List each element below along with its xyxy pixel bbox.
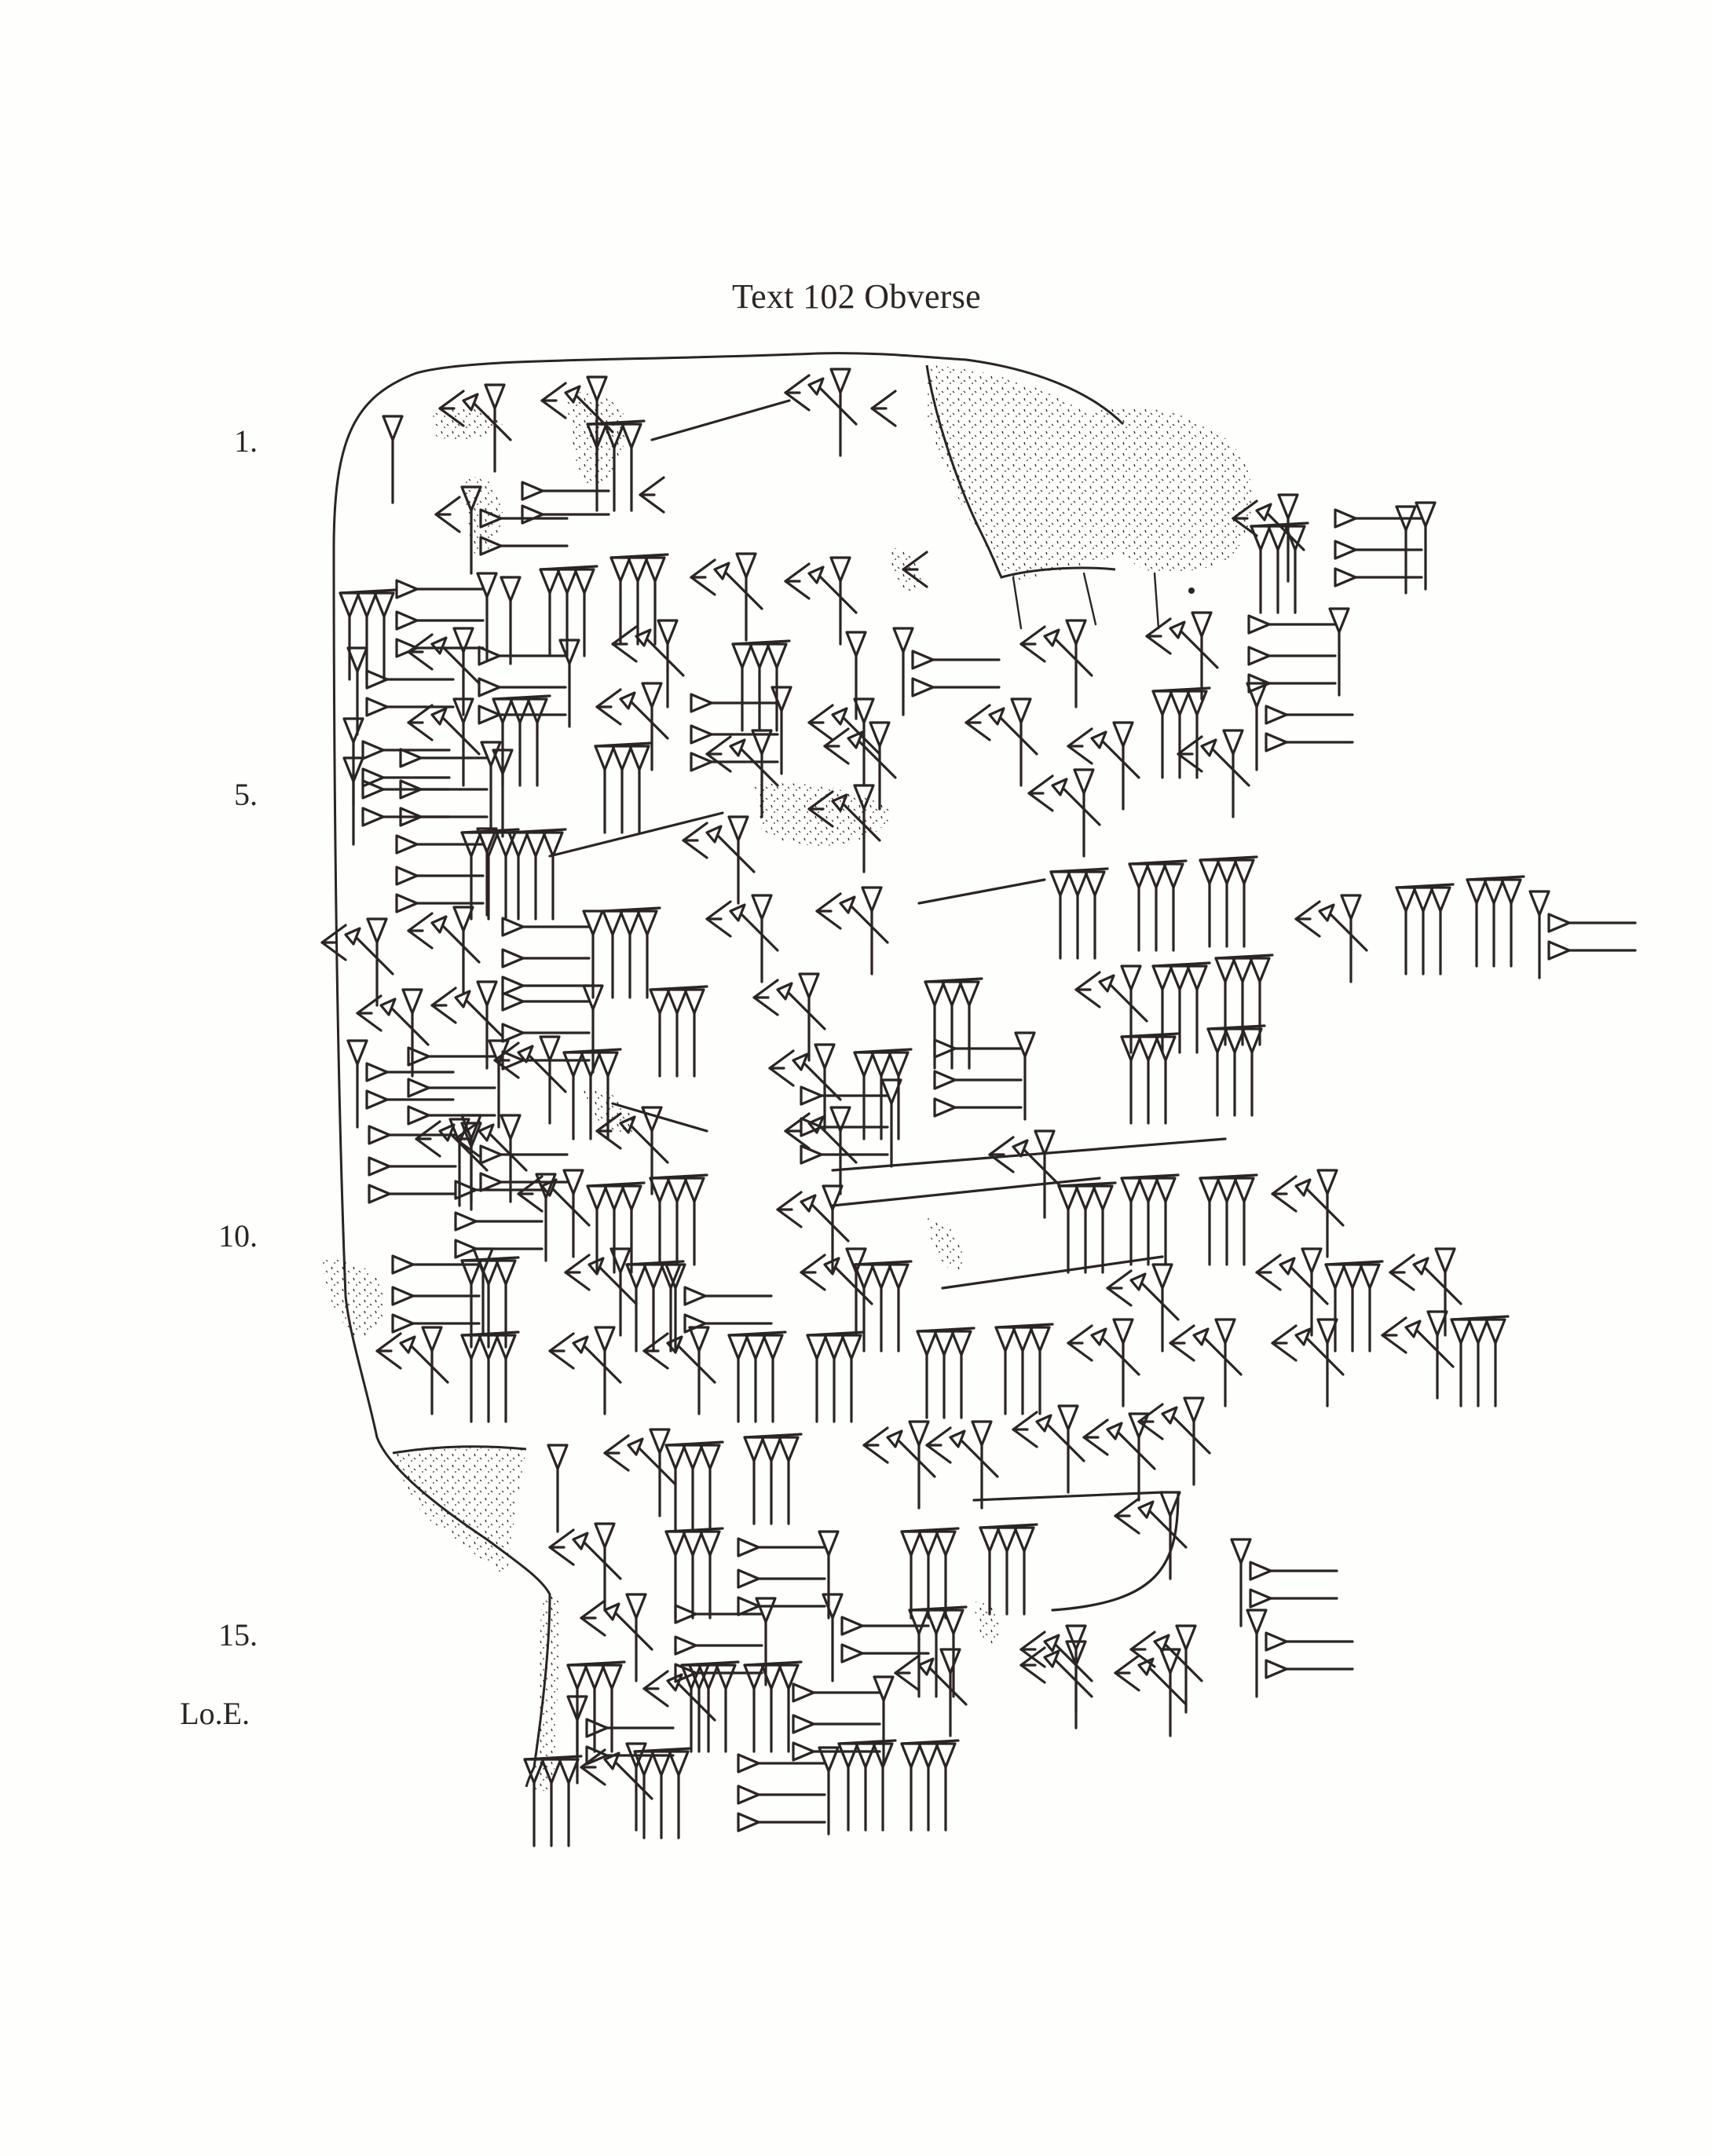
cuneiform-line-17 bbox=[581, 1594, 1202, 1712]
cuneiform-line-1 bbox=[383, 369, 895, 511]
cuneiform-line-5 bbox=[344, 683, 1352, 805]
cuneiform-line-4 bbox=[348, 609, 1349, 734]
damage-lower-left bbox=[393, 1447, 526, 1579]
cuneiform-line-14 bbox=[377, 1312, 1508, 1422]
cuneiform-tablet-svg bbox=[0, 0, 1713, 2156]
tablet-drawing bbox=[0, 0, 1713, 2156]
cuneiform-line-3 bbox=[340, 552, 1195, 679]
damage-left-edge bbox=[322, 1260, 386, 1337]
damage-lower-edge bbox=[534, 1594, 562, 1791]
cuneiform-line-15 bbox=[548, 1398, 1210, 1532]
cuneiform-line-16 bbox=[550, 1492, 1352, 1697]
cuneiform-line-9 bbox=[357, 955, 1272, 1076]
document-page: Text 102 Obverse 1. 5. 10. 15. Lo.E. bbox=[0, 0, 1713, 2156]
cuneiform-line-13 bbox=[393, 1249, 1461, 1351]
cuneiform-line-12 bbox=[456, 1170, 1343, 1272]
cuneiform-lower-edge bbox=[525, 1642, 1186, 1846]
